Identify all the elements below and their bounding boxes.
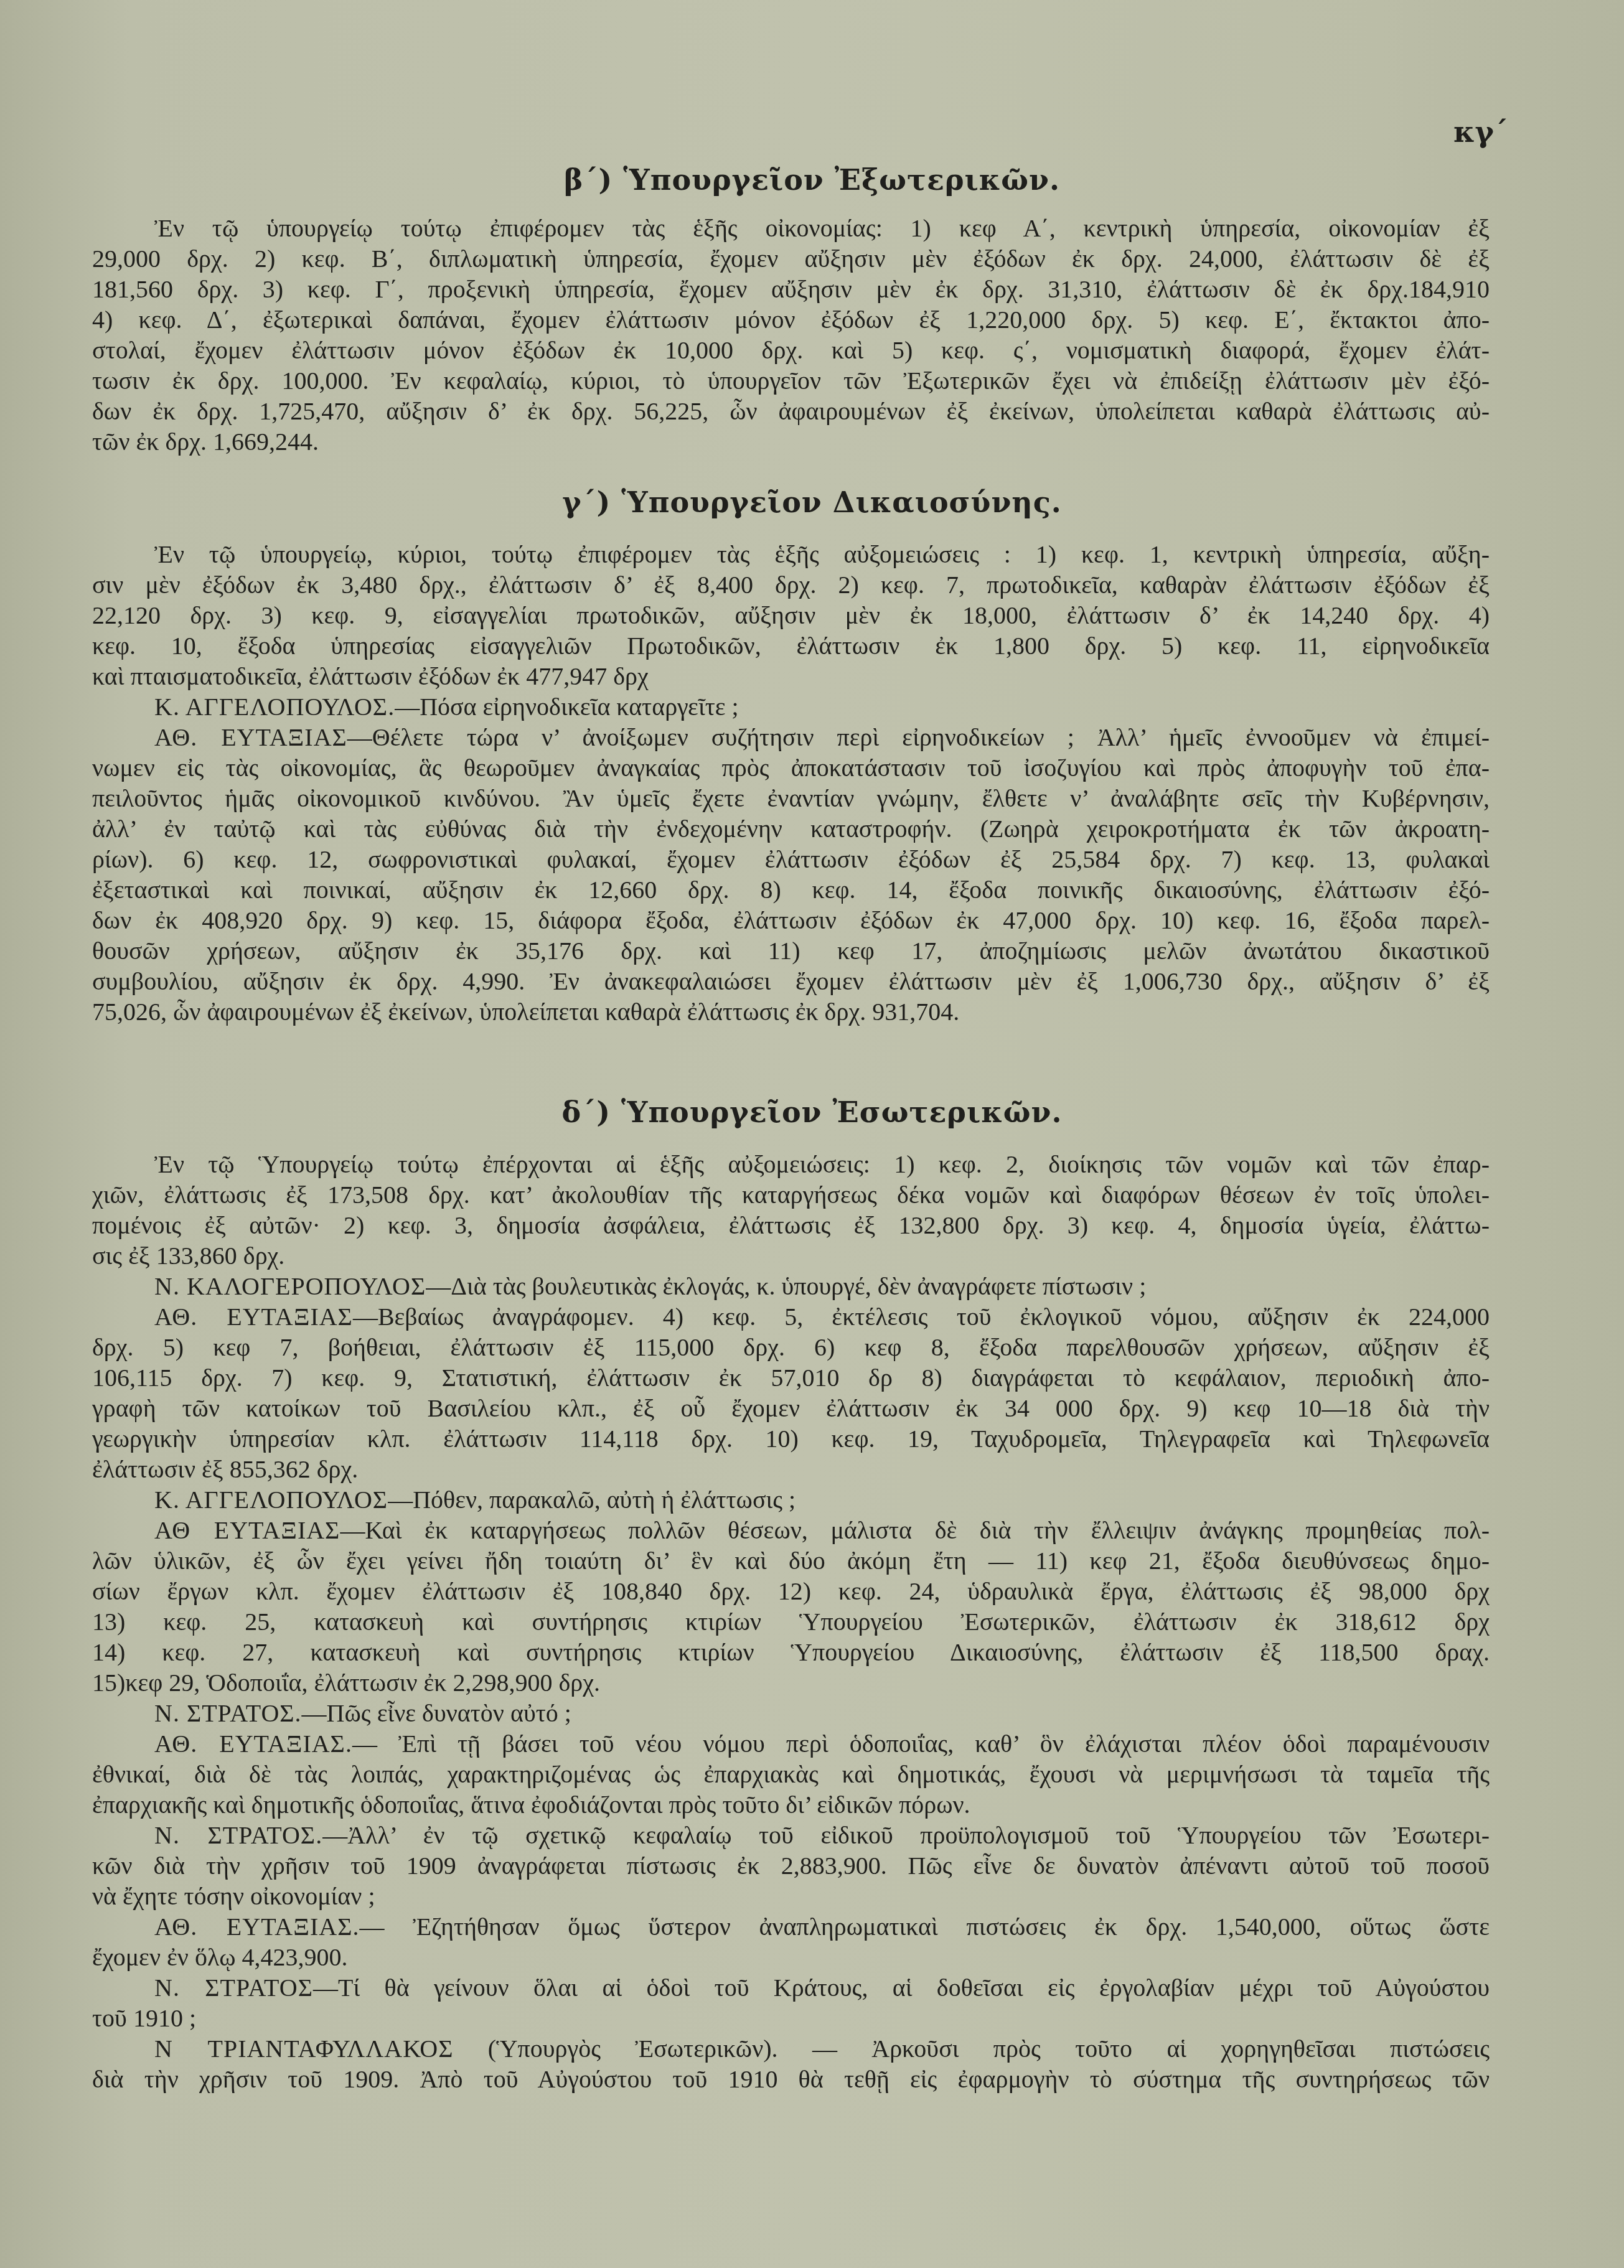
speech-text: —Διὰ τὰς βουλευτικὰς ἐκλογάς, κ. ὑπουργέ… [426,1272,1146,1300]
speech-text: — Ἐζητήθησαν ὅμως ὕστερον ἀναπληρωματικα… [359,1913,1490,1941]
text-line: θουσῶν χρήσεων, αὔξησιν ἐκ 35,176 δρχ. κ… [92,935,1490,966]
speaker-name: Ν. ΣΤΡΑΤΟΣ. [154,1821,322,1849]
text-line: νωμεν εἰς τὰς οἰκονομίας, ἃς θεωροῦμεν ἀ… [92,752,1490,783]
speaker-name: Ν. ΣΤΡΑΤΟΣ. [154,1699,302,1727]
speaker-name: Κ. ΑΓΓΕΛΟΠΟΥΛΟΣ. [154,693,395,721]
text-line: Ἐν τῷ Ὑπουργείῳ τούτῳ ἐπέρχονται αἱ ἑξῆς… [92,1149,1490,1179]
text-line: ἀλλ’ ἐν ταὐτῷ καὶ τὰς εὐθύνας διὰ τὴν ἐν… [92,813,1490,844]
text-line: γεωργικὴν ὑπηρεσίαν κλπ. ἐλάττωσιν 114,1… [92,1423,1490,1454]
text-line: ἐλάττωσιν ἐξ 855,362 δρχ. [92,1454,1490,1484]
text-line: Ἐν τῷ ὑπουργείῳ, κύριοι, τούτῳ ἐπιφέρομε… [92,539,1490,569]
text-line: τῶν ἐκ δρχ. 1,669,244. [92,426,1490,457]
speech-text: —Βεβαίως ἀναγράφομεν. 4) κεφ. 5, ἐκτέλεσ… [353,1303,1490,1331]
text-line: πομένοις ἐξ αὐτῶν· 2) κεφ. 3, δημοσία ἀσ… [92,1210,1490,1240]
speech-text: — Ἐπὶ τῇ βάσει τοῦ νέου νόμου περὶ ὁδοπο… [352,1730,1490,1758]
speech-text: —Τί θὰ γείνουν ὅλαι αἱ ὁδοὶ τοῦ Κράτους,… [313,1974,1490,2002]
speaker-name: ΑΘ. ΕΥΤΑΞΙΑΣ. [154,1730,352,1758]
paragraph-interior: Ἐν τῷ Ὑπουργείῳ τούτῳ ἐπέρχονται αἱ ἑξῆς… [92,1149,1490,2094]
dialogue-line: ΑΘ. ΕΥΤΑΞΙΑΣ.— Ἐπὶ τῇ βάσει τοῦ νέου νόμ… [92,1728,1490,1759]
section-heading-justice: γ΄) Ὑπουργεῖον Δικαιοσύνης. [0,485,1624,519]
text-line: διὰ τὴν χρῆσιν τοῦ 1909. Ἀπὸ τοῦ Αὐγούστ… [92,2064,1490,2094]
text-line: δρχ. 5) κεφ 7, βοήθειαι, ἐλάττωσιν ἐξ 11… [92,1332,1490,1362]
text-line: λῶν ὑλικῶν, ἐξ ὧν ἔχει γείνει ἤδη τοιαύτ… [92,1545,1490,1576]
text-line: κεφ. 10, ἔξοδα ὑπηρεσίας εἰσαγγελιῶν Πρω… [92,630,1490,661]
text-line: πειλοῦντος ἡμᾶς οἰκονομικοῦ κινδύνου. Ἂν… [92,783,1490,813]
text-line: δων ἐκ δρχ. 1,725,470, αὔξησιν δ’ ἐκ δρχ… [92,396,1490,426]
text-line: 106,115 δρχ. 7) κεφ. 9, Στατιστική, ἐλάτ… [92,1362,1490,1393]
text-line: ἐθνικαί, διὰ δὲ τὰς λοιπάς, χαρακτηριζομ… [92,1759,1490,1789]
dialogue-line: Ν. ΣΤΡΑΤΟΣ.—Ἀλλ’ ἐν τῷ σχετικῷ κεφαλαίῳ … [92,1820,1490,1850]
text-line: 13) κεφ. 25, κατασκευὴ καὶ συντήρησις κτ… [92,1606,1490,1637]
text-line: ρίων). 6) κεφ. 12, σωφρονιστικαὶ φυλακαί… [92,844,1490,874]
text-line: σις ἐξ 133,860 δρχ. [92,1240,1490,1271]
text-line: γραφὴ τῶν κατοίκων τοῦ Βασιλείου κλπ., ἐ… [92,1393,1490,1423]
text-line: καὶ πταισματοδικεῖα, ἐλάττωσιν ἐξόδων ἐκ… [92,661,1490,691]
speech-text: (Ὑπουργὸς Ἐσωτερικῶν). — Ἀρκοῦσι πρὸς το… [488,2035,1490,2063]
dialogue-line: Κ. ΑΓΓΕΛΟΠΟΥΛΟΣ—Πόθεν, παρακαλῶ, αὐτὴ ἡ … [92,1484,1490,1515]
text-line: ἐξεταστικαὶ καὶ ποινικαί, αὔξησιν ἐκ 12,… [92,874,1490,905]
speech-text: —Καὶ ἐκ καταργήσεως πολλῶν θέσεων, μάλισ… [340,1516,1490,1544]
text-line: 14) κεφ. 27, κατασκευὴ καὶ συντήρησις κτ… [92,1637,1490,1667]
text-line: 75,026, ὧν ἀφαιρουμένων ἐξ ἐκείνων, ὑπολ… [92,996,1490,1027]
speaker-name: ΑΘ ΕΥΤΑΞΙΑΣ [154,1516,340,1544]
text-line: σιν μὲν ἐξόδων ἐκ 3,480 δρχ., ἐλάττωσιν … [92,569,1490,600]
speaker-name: Ν ΤΡΙΑΝΤΑΦΥΛΛΑΚΟΣ [154,2035,453,2063]
speaker-name: ΑΘ. ΕΥΤΑΞΙΑΣ [154,723,347,751]
dialogue-line: ΑΘ. ΕΥΤΑΞΙΑΣ—Θέλετε τώρα ν’ ἀνοίξωμεν συ… [92,722,1490,752]
text-line: τωσιν ἐκ δρχ. 100,000. Ἐν κεφαλαίῳ, κύρι… [92,365,1490,396]
speech-text: —Πόθεν, παρακαλῶ, αὐτὴ ἡ ἐλάττωσις ; [388,1486,796,1514]
speaker-name: Ν. ΣΤΡΑΤΟΣ [154,1974,313,2002]
speaker-name: ΑΘ. ΕΥΤΑΞΙΑΣ. [154,1913,359,1941]
text-line: ἔχομεν ἐν ὅλῳ 4,423,900. [92,1942,1490,1972]
section-heading-interior: δ΄) Ὑπουργεῖον Ἐσωτερικῶν. [0,1095,1624,1129]
text-line: 29,000 δρχ. 2) κεφ. Β΄, διπλωματικὴ ὑπηρ… [92,243,1490,274]
text-line: 4) κεφ. Δ΄, ἐξωτερικαὶ δαπάναι, ἔχομεν ἐ… [92,304,1490,335]
page-number: κγ΄ [1453,115,1508,149]
paragraph-justice: Ἐν τῷ ὑπουργείῳ, κύριοι, τούτῳ ἐπιφέρομε… [92,539,1490,1027]
text-line: Ἐν τῷ ὑπουργείῳ τούτῳ ἐπιφέρομεν τὰς ἑξῆ… [92,213,1490,243]
text-line: δων ἐκ 408,920 δρχ. 9) κεφ. 15, διάφορα … [92,905,1490,935]
speech-text: —Πόσα εἰρηνοδικεῖα καταργεῖτε ; [395,693,739,721]
dialogue-line: ΑΘ ΕΥΤΑΞΙΑΣ—Καὶ ἐκ καταργήσεως πολλῶν θέ… [92,1515,1490,1545]
text-line: ἐπαρχιακῆς καὶ δημοτικῆς ὁδοποιΐας, ἅτιν… [92,1789,1490,1820]
dialogue-line: Ν. ΚΑΛΟΓΕΡΟΠΟΥΛΟΣ—Διὰ τὰς βουλευτικὰς ἐκ… [92,1271,1490,1301]
text-line: κῶν διὰ τὴν χρῆσιν τοῦ 1909 ἀναγράφεται … [92,1850,1490,1881]
dialogue-line: ΑΘ. ΕΥΤΑΞΙΑΣ.— Ἐζητήθησαν ὅμως ὕστερον ἀ… [92,1911,1490,1942]
text-line: 22,120 δρχ. 3) κεφ. 9, εἰσαγγελίαι πρωτο… [92,600,1490,630]
dialogue-line: ΑΘ. ΕΥΤΑΞΙΑΣ—Βεβαίως ἀναγράφομεν. 4) κεφ… [92,1301,1490,1332]
text-line: χιῶν, ἐλάττωσις ἐξ 173,508 δρχ. κατ’ ἀκο… [92,1179,1490,1210]
dialogue-line: Ν. ΣΤΡΑΤΟΣ.—Πῶς εἶνε δυνατὸν αὐτό ; [92,1698,1490,1728]
speaker-name: Κ. ΑΓΓΕΛΟΠΟΥΛΟΣ [154,1486,388,1514]
text-line: 15)κεφ 29, Ὁδοποιΐα, ἐλάττωσιν ἐκ 2,298,… [92,1667,1490,1698]
paragraph-foreign-affairs: Ἐν τῷ ὑπουργείῳ τούτῳ ἐπιφέρομεν τὰς ἑξῆ… [92,213,1490,457]
text-line: νὰ ἔχητε τόσην οἰκονομίαν ; [92,1881,1490,1911]
text-line: 181,560 δρχ. 3) κεφ. Γ΄, προξενικὴ ὑπηρε… [92,274,1490,304]
text-line: σίων ἔργων κλπ. ἔχομεν ἐλάττωσιν ἐξ 108,… [92,1576,1490,1606]
speech-text: —Θέλετε τώρα ν’ ἀνοίξωμεν συζήτησιν περὶ… [347,723,1490,751]
speech-text: —Πῶς εἶνε δυνατὸν αὐτό ; [302,1699,571,1727]
text-line: στολαί, ἔχομεν ἐλάττωσιν μόνον ἐξόδων ἐκ… [92,335,1490,365]
text-line: τοῦ 1910 ; [92,2003,1490,2033]
text-line: συμβουλίου, αὔξησιν ἐκ δρχ. 4,990. Ἐν ἀν… [92,966,1490,996]
dialogue-line: Ν. ΣΤΡΑΤΟΣ—Τί θὰ γείνουν ὅλαι αἱ ὁδοὶ το… [92,1972,1490,2003]
dialogue-line: Ν ΤΡΙΑΝΤΑΦΥΛΛΑΚΟΣ (Ὑπουργὸς Ἐσωτερικῶν).… [92,2033,1490,2064]
dialogue-line: Κ. ΑΓΓΕΛΟΠΟΥΛΟΣ.—Πόσα εἰρηνοδικεῖα καταρ… [92,691,1490,722]
section-heading-foreign-affairs: β΄) Ὑπουργεῖον Ἐξωτερικῶν. [0,163,1624,197]
speaker-name: Ν. ΚΑΛΟΓΕΡΟΠΟΥΛΟΣ [154,1272,426,1300]
speaker-name: ΑΘ. ΕΥΤΑΞΙΑΣ [154,1303,353,1331]
speech-text: —Ἀλλ’ ἐν τῷ σχετικῷ κεφαλαίῳ τοῦ εἰδικοῦ… [322,1821,1490,1849]
